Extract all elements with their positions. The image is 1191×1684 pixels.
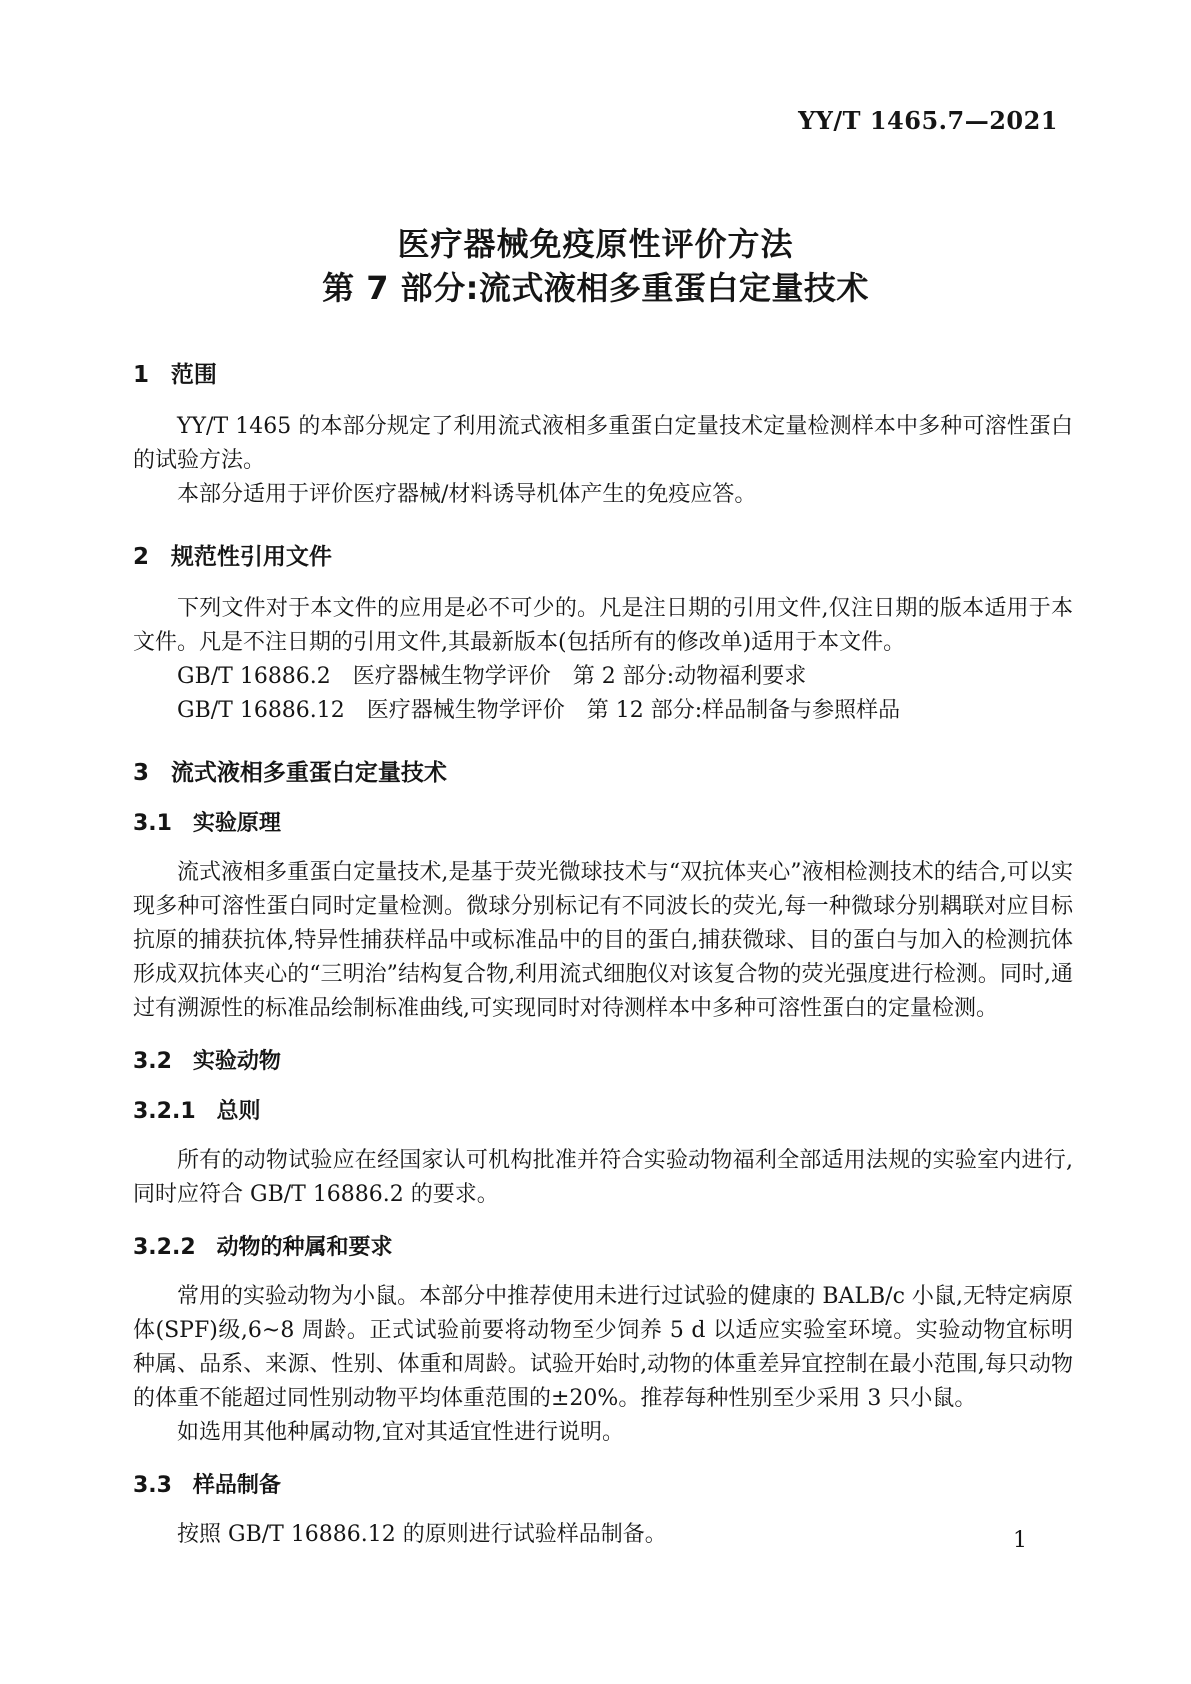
section-3-2-1-number: 3.2.1 [133,1099,196,1124]
section-3-2-1-paragraph-1: 所有的动物试验应在经国家认可机构批准并符合实验动物福利全部适用法规的实验室内进行… [133,1144,1073,1212]
standard-number: YY/T 1465.7—2021 [798,106,1058,135]
section-3-3-paragraph-1: 按照 GB/T 16886.12 的原则进行试验样品制备。 [133,1518,1073,1552]
section-3-2-title: 实验动物 [193,1049,281,1074]
section-2-title: 规范性引用文件 [171,544,332,570]
section-3-1-title: 实验原理 [193,811,281,836]
page-number: 1 [1013,1526,1027,1556]
section-3-2-2-heading: 3.2.2动物的种属和要求 [133,1234,1073,1262]
section-3-3-title: 样品制备 [193,1473,281,1498]
section-3-1-number: 3.1 [133,811,172,836]
section-3-number: 3 [133,760,149,786]
section-3-3-heading: 3.3样品制备 [133,1472,1073,1500]
normative-reference-2: GB/T 16886.12 医疗器械生物学评价 第 12 部分:样品制备与参照样… [133,694,1073,728]
section-3-2-2-number: 3.2.2 [133,1235,196,1260]
section-3-2-2-paragraph-2: 如选用其他种属动物,宜对其适宜性进行说明。 [133,1416,1073,1450]
section-3-2-1-heading: 3.2.1总则 [133,1098,1073,1126]
document-title-line2: 第 7 部分:流式液相多重蛋白定量技术 [0,266,1191,310]
section-1-heading: 1范围 [133,360,1073,390]
section-1-title: 范围 [171,362,217,388]
section-3-title: 流式液相多重蛋白定量技术 [171,760,447,786]
section-3-2-2-paragraph-1: 常用的实验动物为小鼠。本部分中推荐使用未进行过试验的健康的 BALB/c 小鼠,… [133,1280,1073,1416]
section-3-2-number: 3.2 [133,1049,172,1074]
section-3-1-heading: 3.1实验原理 [133,810,1073,838]
section-2-heading: 2规范性引用文件 [133,542,1073,572]
document-title: 医疗器械免疫原性评价方法 第 7 部分:流式液相多重蛋白定量技术 [0,222,1191,310]
normative-reference-1: GB/T 16886.2 医疗器械生物学评价 第 2 部分:动物福利要求 [133,660,1073,694]
section-1-paragraph-2: 本部分适用于评价医疗器械/材料诱导机体产生的免疫应答。 [133,478,1073,512]
section-1-paragraph-1: YY/T 1465 的本部分规定了利用流式液相多重蛋白定量技术定量检测样本中多种… [133,410,1073,478]
document-title-line1: 医疗器械免疫原性评价方法 [0,222,1191,266]
section-3-2-heading: 3.2实验动物 [133,1048,1073,1076]
section-3-1-paragraph-1: 流式液相多重蛋白定量技术,是基于荧光微球技术与“双抗体夹心”液相检测技术的结合,… [133,856,1073,1026]
section-3-2-2-title: 动物的种属和要求 [217,1235,393,1260]
section-1-number: 1 [133,362,149,388]
document-body: 1范围 YY/T 1465 的本部分规定了利用流式液相多重蛋白定量技术定量检测样… [133,360,1073,1552]
section-2-number: 2 [133,544,149,570]
document-page: YY/T 1465.7—2021 医疗器械免疫原性评价方法 第 7 部分:流式液… [0,0,1191,1684]
section-3-3-number: 3.3 [133,1473,172,1498]
section-3-heading: 3流式液相多重蛋白定量技术 [133,758,1073,788]
section-2-paragraph-1: 下列文件对于本文件的应用是必不可少的。凡是注日期的引用文件,仅注日期的版本适用于… [133,592,1073,660]
section-3-2-1-title: 总则 [217,1099,261,1124]
